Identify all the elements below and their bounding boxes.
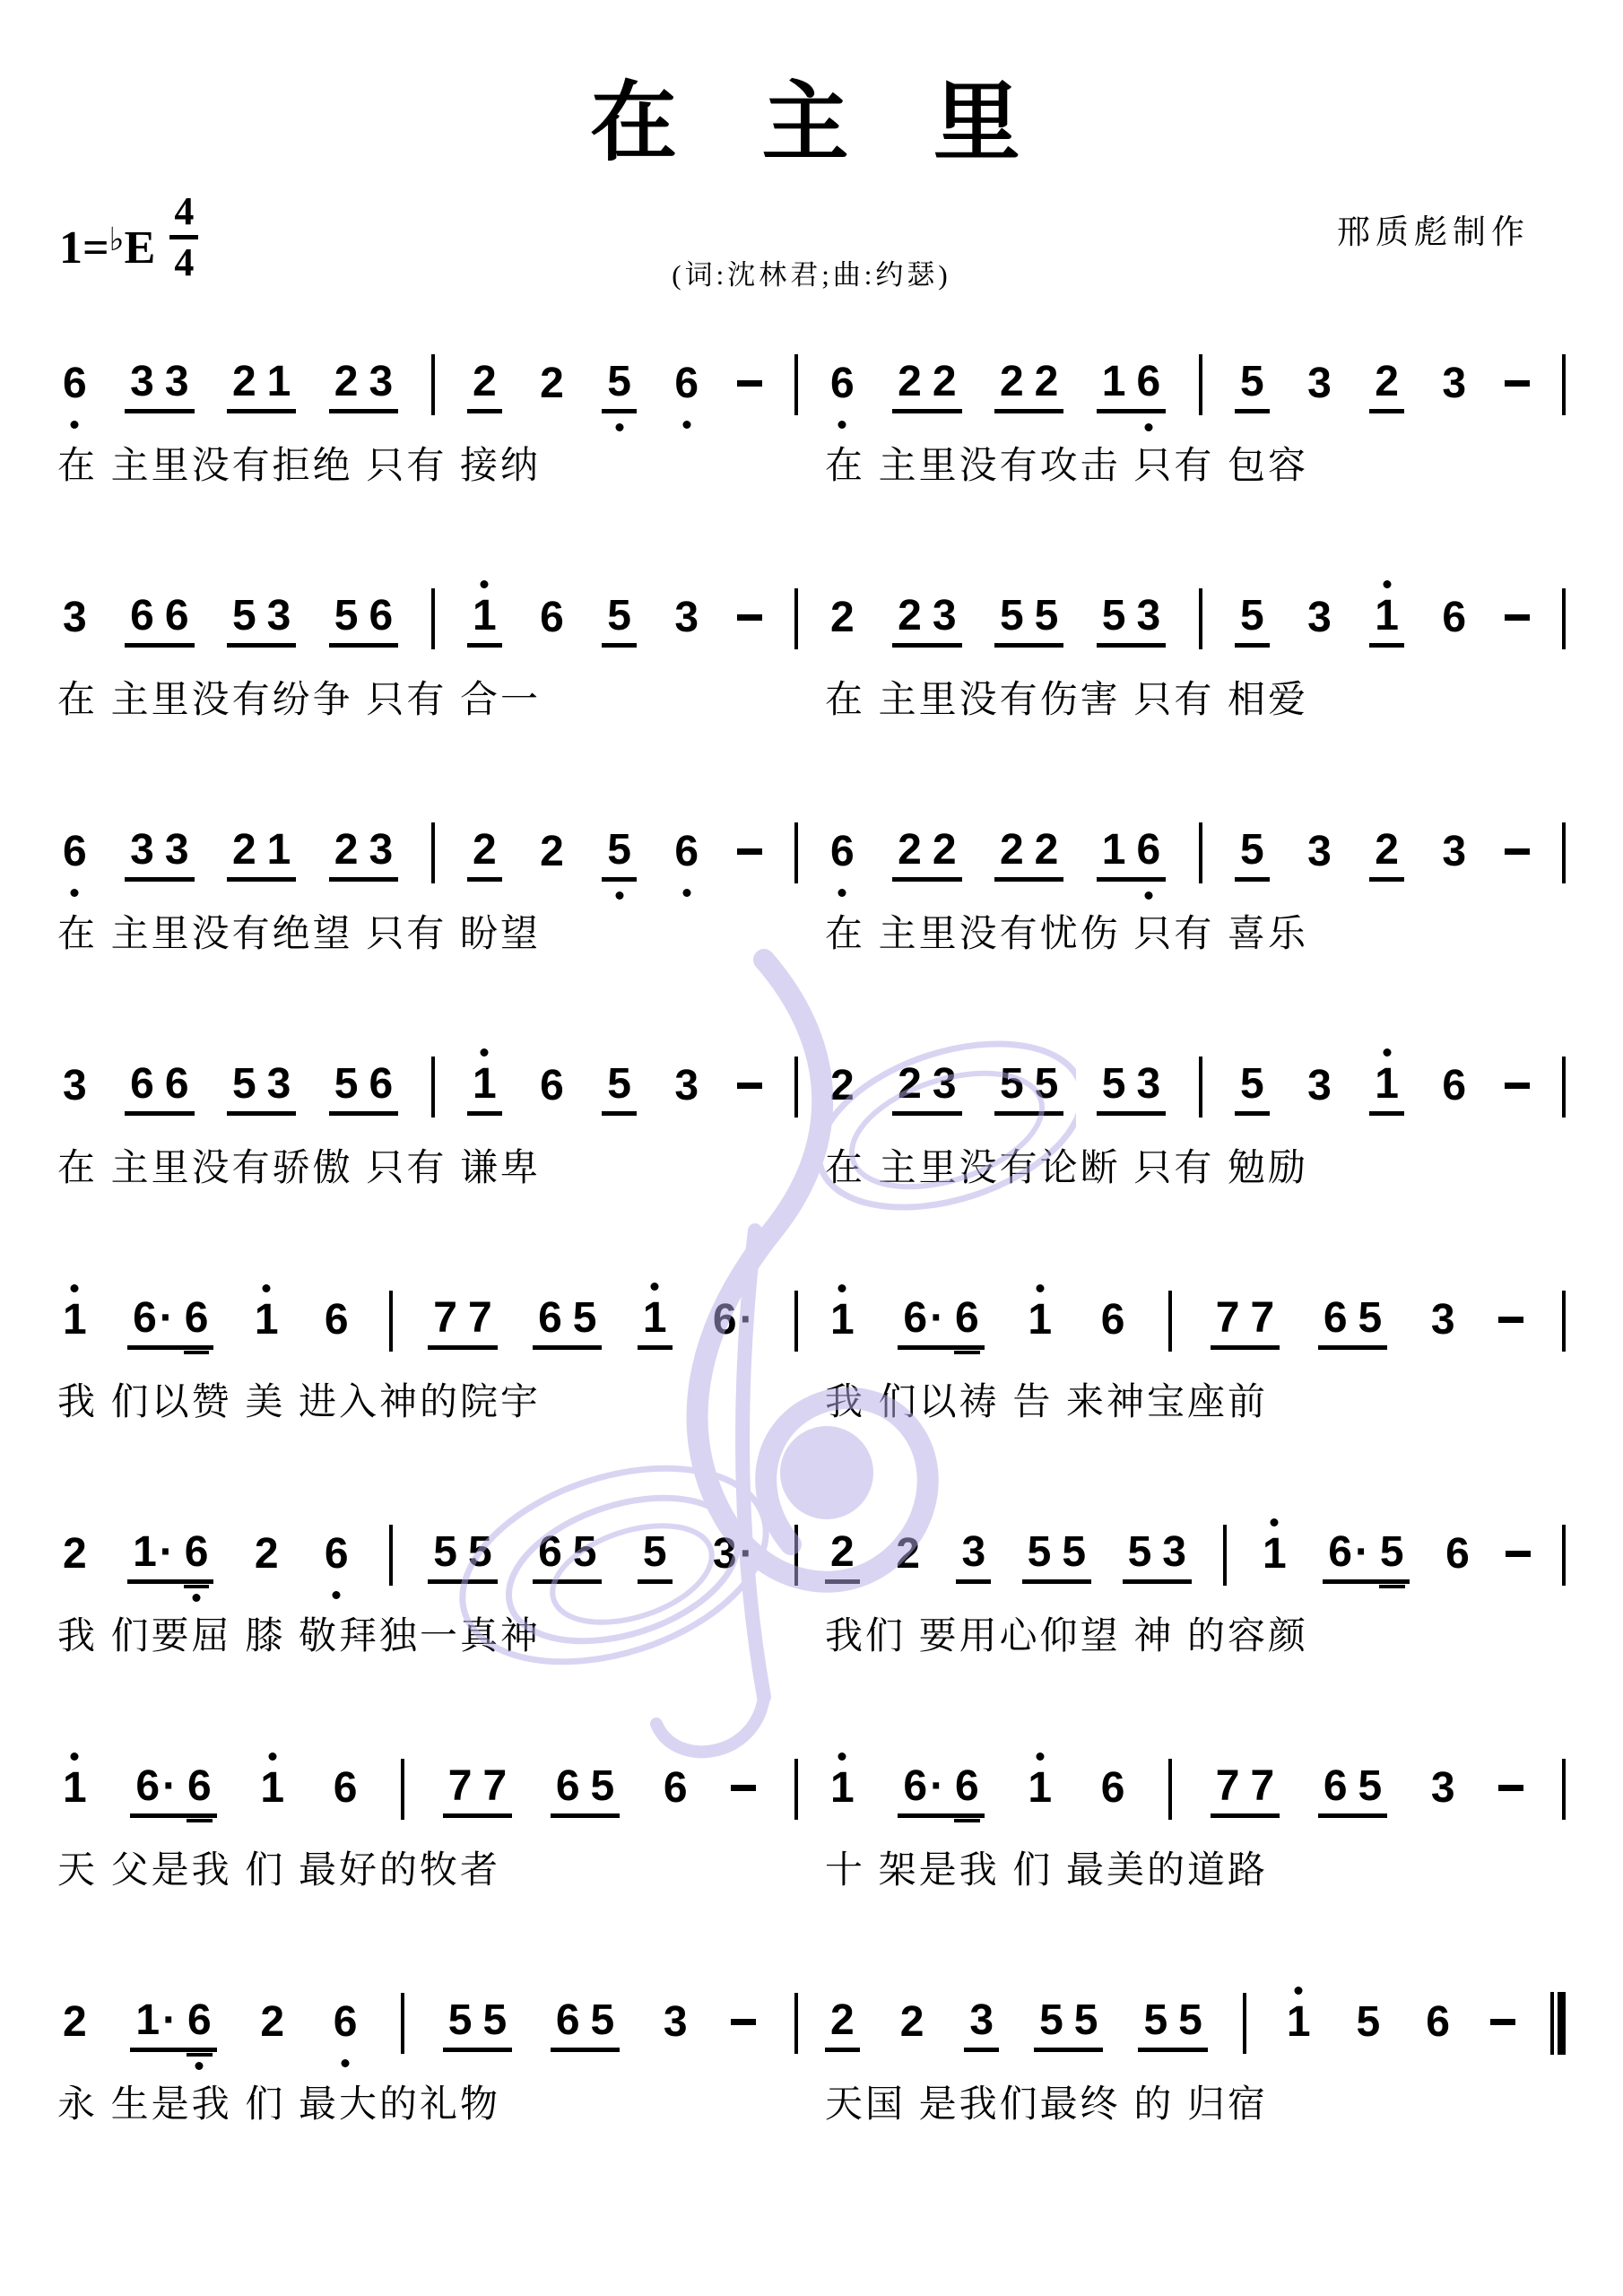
beam-group: 6: [57, 814, 92, 900]
phrase-left: 63321232256在 主里没有拒绝 只有 接纳: [57, 344, 798, 490]
note: 3: [363, 344, 398, 435]
beam-group: 21: [227, 344, 296, 435]
note: 1: [262, 344, 297, 435]
lyric-line: 在 主里没有骄傲 只有 谦卑: [57, 1138, 798, 1192]
lyric-line: 在 主里没有绝望 只有 盼望: [57, 904, 798, 958]
note-number: 3: [669, 596, 704, 645]
note-number: 5: [1123, 1531, 1158, 1584]
beam-group: 3·: [707, 1517, 759, 1603]
note-number: 7: [1211, 1297, 1245, 1350]
dash-hold: [737, 380, 762, 387]
note: 3: [363, 813, 398, 903]
note-number: 2: [927, 829, 962, 882]
beam-group: 6: [825, 346, 860, 432]
note-number: 3: [125, 361, 160, 413]
note-number: 6: [363, 1063, 398, 1116]
note: 2: [892, 813, 927, 903]
beam-group: 2: [534, 346, 569, 432]
barline: [431, 1057, 435, 1118]
beam-group: 55: [1022, 1515, 1091, 1605]
note-number: 6: [179, 1531, 214, 1584]
note-number: 3: [1426, 1767, 1461, 1815]
note: 3: [669, 1048, 704, 1135]
note: 1: [262, 813, 297, 903]
barline: [794, 1057, 798, 1118]
note: 3: [160, 813, 195, 903]
note-number: 6: [658, 1767, 693, 1815]
beam-group: 1: [467, 578, 502, 669]
note-number: 5: [568, 1531, 603, 1584]
note-number: 5: [1353, 1765, 1388, 1818]
note: 3: [262, 578, 297, 669]
beam-group: 53: [1097, 1047, 1166, 1137]
note: 5: [428, 1515, 463, 1605]
beam-group: 65: [1318, 1281, 1387, 1371]
note-number: 2: [1029, 829, 1064, 882]
music-line: 36653561653在 主里没有骄傲 只有 谦卑22355535316在 主里…: [57, 1047, 1566, 1192]
note: 6: [182, 1983, 217, 2074]
note: 3: [964, 1983, 999, 2074]
note: 1: [467, 1047, 502, 1137]
note: 6: [57, 814, 92, 900]
note: 3: [1302, 346, 1337, 432]
note: 3: [927, 578, 962, 669]
note-number: 7: [428, 1297, 463, 1350]
note-number: 3: [1302, 596, 1337, 645]
note-number: 1: [57, 1767, 92, 1815]
note-number: 2: [1369, 361, 1404, 413]
beam-group: 2: [1369, 344, 1404, 435]
notes-row: 2235555156: [825, 1983, 1566, 2073]
note-number: 3: [125, 829, 160, 882]
note-number: 6: [1318, 1765, 1353, 1818]
note: 2: [825, 1983, 860, 2074]
note: 5: [477, 1983, 512, 2074]
note: 3: [262, 1047, 297, 1137]
meter-denominator: 4: [169, 239, 198, 283]
note: 5: [1029, 1047, 1064, 1137]
note: 3·: [707, 1517, 759, 1603]
beam-group: 65: [533, 1515, 602, 1605]
beam-group: 3: [1426, 1283, 1461, 1369]
phrase-right: 62222165323在 主里没有攻击 只有 包容: [825, 344, 1566, 490]
note-number: 2: [534, 362, 569, 411]
barline: [431, 822, 435, 883]
note-number: 1: [57, 1299, 92, 1347]
note-number: 6: [1436, 596, 1471, 645]
music-line: 36653561653在 主里没有纷争 只有 合一22355535316在 主里…: [57, 578, 1566, 724]
beam-group: 23: [329, 813, 398, 903]
beam-group: 6: [534, 580, 569, 666]
note: 2: [1029, 344, 1064, 435]
note-number: 7: [477, 1765, 512, 1818]
note-number: 2: [57, 1533, 92, 1581]
note: 5: [1034, 1983, 1069, 2074]
note: 5: [1235, 578, 1270, 669]
augmentation-dot: ·: [927, 1762, 944, 1810]
beam-group: 16: [1097, 344, 1166, 435]
augmentation-dot: ·: [737, 1296, 754, 1344]
beam-group: 3: [956, 1515, 991, 1605]
note-number: 5: [602, 595, 637, 648]
note: 6: [658, 1751, 693, 1837]
note: 6: [328, 1985, 363, 2071]
note: 1·: [130, 1983, 182, 2074]
note: 3: [125, 813, 160, 903]
music-line: 21·626556553·我 们要屈 膝 敬拜独一真神223555316·56我…: [57, 1515, 1566, 1660]
note: 6: [1318, 1749, 1353, 1839]
note: 1: [1257, 1517, 1292, 1603]
note: 2: [994, 344, 1029, 435]
dash-hold: [1505, 614, 1530, 621]
beam-group: 2: [1369, 813, 1404, 903]
note-number: 1: [1369, 1063, 1404, 1116]
note-number: 6·: [898, 1765, 950, 1818]
barline: [794, 354, 798, 415]
note: 2: [927, 813, 962, 903]
note-number: 6: [125, 1063, 160, 1116]
dash-hold: [737, 614, 762, 621]
beam-group: 6: [1436, 1048, 1471, 1135]
note: 5: [586, 1749, 621, 1839]
barline: [401, 1759, 404, 1820]
note: 6: [533, 1281, 568, 1371]
barline: [1168, 1291, 1172, 1352]
note-number: 3: [160, 361, 195, 413]
note: 2: [227, 344, 262, 435]
phrase-left: 21·626556553·我 们要屈 膝 敬拜独一真神: [57, 1515, 798, 1660]
note-number: 3: [363, 829, 398, 882]
dash-hold: [1490, 2019, 1515, 2025]
note: 5: [568, 1281, 603, 1371]
note: 5: [602, 1047, 637, 1137]
note-number: 1: [262, 361, 297, 413]
note: 5: [568, 1515, 603, 1605]
barline: [401, 1993, 404, 2054]
beam-group: 2: [825, 1983, 860, 2074]
note-number: 5: [602, 361, 637, 413]
note-number: 6: [533, 1531, 568, 1584]
notes-row: 223555316·56: [825, 1515, 1566, 1605]
note-number: 5: [1235, 361, 1270, 413]
beam-group: 1: [1022, 1751, 1057, 1837]
note: 5: [1353, 1281, 1388, 1371]
note: 6: [534, 580, 569, 666]
note-number: 1: [467, 595, 502, 648]
note-number: 5: [1097, 1063, 1132, 1116]
beam-group: 2: [890, 1517, 925, 1603]
note-number: 5: [1034, 1999, 1069, 2052]
lyricist-composer-credit: (词:沈林君;曲:约瑟): [672, 252, 950, 292]
beam-group: 1: [249, 1283, 284, 1369]
dash-hold: [1505, 848, 1530, 855]
lyric-line: 永 生是我 们 最大的礼物: [57, 2074, 798, 2128]
note: 6: [160, 1047, 195, 1137]
beam-group: 6: [825, 814, 860, 900]
beam-group: 5: [1235, 344, 1270, 435]
beam-group: 6: [669, 346, 704, 432]
beam-group: 1: [1369, 578, 1404, 669]
note-number: 5: [477, 1999, 512, 2052]
flat-sign: ♭: [109, 222, 125, 257]
note: 2: [892, 344, 927, 435]
note-number: 6: [1131, 361, 1166, 413]
note: 5: [227, 578, 262, 669]
note-number: 1: [255, 1767, 290, 1815]
beam-group: 1: [1369, 1047, 1404, 1137]
note-number: 5: [1029, 595, 1064, 648]
note-number: 6: [328, 1767, 363, 1815]
notes-row: 63321232256: [57, 344, 798, 434]
phrase-right: 16·61677653十 架是我 们 最美的道路: [825, 1749, 1566, 1894]
augmentation-dot: ·: [1352, 1528, 1369, 1576]
dash-hold: [731, 1785, 756, 1791]
dash-hold: [737, 1083, 762, 1089]
note: 1: [57, 1751, 92, 1837]
note: 6·: [127, 1281, 179, 1371]
note-number: 2: [892, 1063, 927, 1116]
note: 5: [329, 1047, 364, 1137]
beam-group: 3: [1302, 346, 1337, 432]
note: 5: [638, 1515, 673, 1605]
note: 3: [57, 580, 92, 666]
note-number: 6: [551, 1999, 586, 2052]
beam-group: 6: [319, 1283, 354, 1369]
barline: [389, 1525, 393, 1586]
beam-group: 1·6: [130, 1983, 216, 2074]
note-number: 3: [1302, 831, 1337, 879]
note-number: 5: [329, 1063, 364, 1116]
note-number: 2: [890, 1533, 925, 1581]
note: 3: [57, 1048, 92, 1135]
note-number: 2: [255, 2001, 290, 2049]
note-number: 6: [319, 1299, 354, 1347]
note: 2: [467, 813, 502, 903]
note-number: 5: [443, 1999, 478, 2052]
note-number: 2: [892, 829, 927, 882]
music-line: 63321232256在 主里没有拒绝 只有 接纳62222165323在 主里…: [57, 344, 1566, 490]
note-number: 3: [1157, 1531, 1192, 1584]
beam-group: 6·6: [898, 1749, 984, 1839]
beam-group: 22: [994, 344, 1063, 435]
beam-group: 65: [533, 1281, 602, 1371]
barline: [431, 354, 435, 415]
beam-group: 56: [329, 1047, 398, 1137]
notes-row: 22355535316: [825, 578, 1566, 668]
song-title: 在 主 里: [0, 0, 1623, 178]
phrase-left: 36653561653在 主里没有纷争 只有 合一: [57, 578, 798, 724]
key-prefix: 1=: [59, 222, 109, 274]
note-number: 5: [586, 1999, 621, 2052]
note-number: 5: [1097, 595, 1132, 648]
note-number: 6: [551, 1765, 586, 1818]
note-number: 6: [179, 1297, 214, 1350]
note: 1: [1369, 1047, 1404, 1137]
phrase-left: 21·62655653永 生是我 们 最大的礼物: [57, 1983, 798, 2128]
note: 1: [1022, 1751, 1057, 1837]
note-number: 6: [1096, 1767, 1131, 1815]
note: 6·: [130, 1749, 182, 1839]
time-signature: 44: [169, 192, 198, 283]
note-number: 6: [182, 1765, 217, 1818]
note-number: 7: [443, 1765, 478, 1818]
note: 3: [160, 344, 195, 435]
note: 1: [1281, 1985, 1316, 2071]
note: 3: [1131, 1047, 1166, 1137]
beam-group: 6·6: [898, 1281, 984, 1371]
note: 3: [125, 344, 160, 435]
beam-group: 55: [443, 1983, 512, 2074]
note-number: 5: [1022, 1531, 1057, 1584]
dash-hold: [1498, 1785, 1523, 1791]
note-number: 5: [1138, 1999, 1173, 2052]
note-number: 2: [892, 361, 927, 413]
note: 6: [534, 1048, 569, 1135]
phrase-right: 62222165323在 主里没有忧伤 只有 喜乐: [825, 813, 1566, 958]
barline: [389, 1291, 393, 1352]
beam-group: 3: [1302, 580, 1337, 666]
note: 3: [658, 1985, 693, 2071]
note: 3: [1157, 1515, 1192, 1605]
note-number: 3: [658, 2001, 693, 2049]
beam-group: 6·6: [127, 1281, 213, 1371]
phrase-right: 16·61677653我 们以祷 告 来神宝座前: [825, 1281, 1566, 1426]
notes-row: 16·61677653: [825, 1749, 1566, 1839]
notes-row: 16·61677656: [57, 1749, 798, 1839]
beam-group: 53: [227, 1047, 296, 1137]
beam-group: 3: [1302, 1048, 1337, 1135]
beam-group: 65: [551, 1749, 620, 1839]
note: 2: [534, 346, 569, 432]
note-number: 5: [1353, 1297, 1388, 1350]
dash-hold: [1506, 1551, 1531, 1557]
note: 5: [1056, 1515, 1091, 1605]
note: 1: [249, 1283, 284, 1369]
beam-group: 1: [825, 1283, 860, 1369]
music-line: 21·62655653永 生是我 们 最大的礼物2235555156天国 是我们…: [57, 1983, 1566, 2128]
notes-row: 16·61677653: [825, 1281, 1566, 1370]
note: 3: [1436, 346, 1471, 432]
beam-group: 6: [328, 1751, 363, 1837]
note-number: 6: [1420, 2001, 1455, 2049]
note: 6: [363, 1047, 398, 1137]
note-number: 5: [1056, 1531, 1091, 1584]
beam-group: 33: [125, 813, 194, 903]
note-number: 5: [602, 1063, 637, 1116]
note: 5: [1138, 1983, 1173, 2074]
note-number: 5: [994, 1063, 1029, 1116]
note: 1: [825, 1283, 860, 1369]
note-number: 1: [638, 1297, 673, 1350]
note: 5: [602, 578, 637, 669]
note-number: 5: [1069, 1999, 1104, 2052]
music-line: 16·61677656天 父是我 们 最好的牧者16·61677653十 架是我…: [57, 1749, 1566, 1894]
note: 1: [1369, 578, 1404, 669]
barline: [1168, 1759, 1172, 1820]
note-number: 6: [950, 1297, 985, 1350]
note-number: 3: [1131, 1063, 1166, 1116]
barline: [1199, 354, 1202, 415]
note-number: 6·: [127, 1297, 179, 1350]
beam-group: 3: [658, 1985, 693, 2071]
beam-group: 5: [602, 344, 637, 435]
note-number: 6: [328, 2001, 363, 2049]
barline: [1243, 1993, 1246, 2054]
note: 2: [892, 578, 927, 669]
note: 2: [249, 1517, 284, 1603]
note-number: 1: [249, 1299, 284, 1347]
beam-group: 5: [602, 813, 637, 903]
note-number: 3: [57, 596, 92, 645]
notes-row: 36653561653: [57, 1047, 798, 1136]
note-number: 3: [927, 1063, 962, 1116]
note: 2: [895, 1985, 930, 2071]
note-number: 6: [1436, 1065, 1471, 1113]
note-number: 5: [227, 595, 262, 648]
beam-group: 77: [1211, 1281, 1280, 1371]
note-number: 6: [825, 831, 860, 879]
note: 5: [443, 1983, 478, 2074]
note: 2: [927, 344, 962, 435]
lyric-line: 在 主里没有伤害 只有 相爱: [825, 670, 1566, 724]
note: 6: [1096, 1751, 1131, 1837]
barline: [794, 1993, 798, 2054]
lyric-line: 天 父是我 们 最好的牧者: [57, 1840, 798, 1894]
beam-group: 65: [551, 1983, 620, 2074]
note: 5: [602, 344, 637, 435]
note: 3: [1131, 578, 1166, 669]
note: 6: [1096, 1283, 1131, 1369]
note: 6: [669, 346, 704, 432]
note: 6: [179, 1515, 214, 1605]
note-number: 2: [329, 829, 364, 882]
beam-group: 6: [658, 1751, 693, 1837]
note-number: 1: [1097, 829, 1132, 882]
barline: [1562, 354, 1566, 415]
phrase-right: 22355535316在 主里没有伤害 只有 相爱: [825, 578, 1566, 724]
note-number: 3: [1302, 1065, 1337, 1113]
note: 6: [1436, 580, 1471, 666]
barline: [1562, 1057, 1566, 1118]
beam-group: 3: [1302, 814, 1337, 900]
beam-group: 1: [1281, 1985, 1316, 2071]
sheet-music-page: 在 主 里 1=♭E44 (词:沈林君;曲:约瑟) 邢质彪制作 63321232…: [0, 0, 1623, 2296]
note-number: 3: [262, 1063, 297, 1116]
note: 1: [825, 1751, 860, 1837]
beam-group: 6·6: [130, 1749, 216, 1839]
note-number: 5: [602, 829, 637, 882]
beam-group: 5: [1235, 578, 1270, 669]
note-number: 5: [463, 1531, 498, 1584]
beam-group: 6: [1440, 1517, 1475, 1603]
note: 6: [328, 1751, 363, 1837]
note-number: 3: [669, 1065, 704, 1113]
notes-row: 22355535316: [825, 1047, 1566, 1136]
note: 7: [463, 1281, 498, 1371]
note-number: 2: [825, 1999, 860, 2052]
note: 1: [1022, 1283, 1057, 1369]
final-barline: [1550, 1992, 1566, 2055]
barline: [794, 588, 798, 649]
phrase-left: 63321232256在 主里没有绝望 只有 盼望: [57, 813, 798, 958]
beam-group: 66: [125, 1047, 194, 1137]
beam-group: 23: [329, 344, 398, 435]
note-number: 3: [57, 1065, 92, 1113]
barline: [794, 1291, 798, 1352]
note-number: 3: [1426, 1299, 1461, 1347]
note-number: 1: [262, 829, 297, 882]
note-number: 5: [568, 1297, 603, 1350]
